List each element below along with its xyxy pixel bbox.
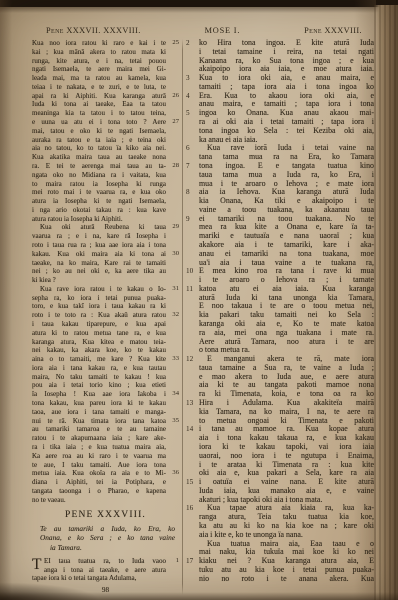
verse-text: katoa atu ei aia iaia. Kua karanga: [199, 285, 374, 294]
verse-text: akakore aia i te tamariki, kare i aka-: [199, 241, 374, 250]
verse-line: teiaa i te nakata, e te zuri, e te luta,…: [32, 83, 179, 92]
verse-line: 10 E mea kino roa ra tana i rave ki mua: [186, 267, 374, 276]
verse-text: Ka aere roa au ki raro i te vaarua ma: [32, 452, 166, 461]
verse-line: i te aroaro o Iehova ra ; i tamate: [186, 276, 374, 285]
verse-number: 2: [186, 39, 199, 48]
verse-number: [186, 373, 199, 382]
verse-number: [166, 566, 179, 575]
verse-line: aturā Iuda ki tana unonga kia Tamara,: [186, 294, 374, 303]
verse-number: 15: [186, 478, 199, 487]
verse-number: 12: [186, 355, 199, 364]
verse-line: i tetai tamaine i reira, na tetai ngati: [186, 48, 374, 57]
paragraph-line: EI taua tuatua ra, to Iuda vaoo 1: [32, 557, 179, 566]
verse-text: e uuna ua atu ei i tona toto ? Aere: [32, 118, 166, 127]
verse-number: [166, 399, 179, 408]
verse-line: 2 ko Hira tona ingoa. E kite aturā Iuda: [186, 39, 374, 48]
verse-text: aia ia Iehova. Kua karanga aturā Iuda: [199, 188, 374, 197]
verse-line: apai ra ki Aiphiti. Kua karanga aturā 26: [32, 92, 179, 101]
verse-line: aia i tona kakau takaua ra, e kua kakau: [186, 434, 374, 443]
verse-text: ua'i aia i taua vaine a te tuakana ra,: [199, 259, 374, 268]
verse-number: [186, 487, 199, 496]
verse-number: [186, 100, 199, 109]
verse-number: [166, 364, 179, 373]
verse-text: anau ei tamariki na tona tuakana, moe: [199, 250, 374, 259]
verse-line: meaninga kia ta tatou i to tatou teina,: [32, 109, 179, 118]
verse-text: Hira i Adulama. Kua akakiteïa mairā: [199, 399, 374, 408]
verse-line: metua iaia. Kua okoïa ra aia e to Mi- 36: [32, 469, 179, 478]
verse-text: metua iaia. Kua okoïa ra aia e to Mi-: [32, 469, 166, 478]
verse-text: aia ki te au tangata pakoti mamoe nona: [199, 381, 374, 390]
verse-text: ngata oko no Midiana ra i vaitata, kua: [32, 171, 166, 180]
verse-line: ra ki Timenata, koia, e tona oa ra ko: [186, 390, 374, 399]
verse-line: vaine a toou tuakana, ka akaanau taua: [186, 206, 374, 215]
verse-number: 34: [166, 390, 179, 399]
verse-number: [186, 320, 199, 329]
verse-line: e uuna ua atu ei i tona toto ? Aere 27: [32, 118, 179, 127]
verse-number: [166, 57, 179, 66]
verse-line: ratou i te akapumaana iaia ; kare ake-: [32, 434, 179, 443]
verse-text: i tetai tamaine i reira, na tetai ngati: [199, 48, 374, 57]
verse-text: Aere aturā Tamara, noo atura i te are: [199, 338, 374, 347]
verse-number: [166, 100, 179, 109]
verse-number: [166, 434, 179, 443]
verse-number: [166, 496, 179, 505]
verse-line: iora ki te kakau tapoki, vai iora iaia: [186, 443, 374, 452]
verse-line: nui te rā. Kua timata iora tana katoa 35: [32, 417, 179, 426]
verse-line: o tona metua ra.: [186, 346, 374, 355]
verse-text: nui te rā. Kua timata iora tana katoa: [32, 417, 166, 426]
verse-line: anau ei tamariki na tona tuakana, moe: [186, 250, 374, 259]
verse-number: 6: [186, 144, 199, 153]
verse-number: [186, 496, 199, 505]
verse-line: taeake, na ko maira, Kare rai te tamaiti: [32, 259, 179, 268]
verse-text: ka anau ei aia iaia.: [199, 136, 374, 145]
verse-text: i nga ario okotai takau ra : kua kave: [32, 206, 166, 215]
verse-number: [186, 548, 199, 557]
verse-number: [166, 574, 179, 583]
running-header: Pene XXXVII. XXXVIII. MOSE I. Pene XXXVI…: [32, 26, 374, 35]
column-divider-rule: [182, 39, 183, 595]
verse-text: kiaku nei ? Kua karanga atura aia, E: [199, 557, 374, 566]
header-book-title: MOSE I.: [141, 26, 304, 35]
verse-line: pou aia i tetai torio kino ; kua etieti: [32, 381, 179, 390]
paragraph-line: tapae iora ki o tetai tangata Adulama,: [32, 574, 179, 583]
verse-number: [186, 531, 199, 540]
summary-line: Onana, e ko Sera ; e ko tana vaine: [40, 533, 175, 542]
verse-number: 35: [166, 417, 179, 426]
page-left-edge-shadow: [0, 0, 12, 600]
verse-text: aia i tona kakau takaua ra, e kua kakau: [199, 434, 374, 443]
header-right-chapter: Pene XXXVIII.: [304, 26, 362, 35]
verse-text: kia Onana, Ka tiki e akaipoipo i te: [199, 197, 374, 206]
verse-line: ra. E tei te aerenga mai taua au ta- 28: [32, 162, 179, 171]
verse-text: taua tama mua a Iuda ra, ko Era, i: [199, 171, 374, 180]
verse-text: mei roto mai i te vaarua ra, e kua oko: [32, 188, 166, 197]
verse-line: aina o to tamaiti, me kare ? Kua kite 33: [32, 355, 179, 364]
summary-line: ia Tamara.: [40, 543, 175, 552]
verse-line: taua tamaine a Sua ra, te vaine a Iuda ;: [186, 364, 374, 373]
verse-line: ra ai oki aia i tetai tamaiti ; tapa ior…: [186, 118, 374, 127]
verse-number: [166, 180, 179, 189]
text-columns: Kua noo iora ratou ki raro e kai i te 25…: [32, 39, 374, 595]
verse-number: [186, 197, 199, 206]
verse-line: Iuda ki tona ai taeake, Eaa ta tatou: [32, 100, 179, 109]
verse-text: ra i tika iaia ; e kua tuatua maira aia,: [32, 443, 166, 452]
verse-number: [186, 206, 199, 215]
verse-number: [186, 408, 199, 417]
verse-number: [166, 83, 179, 92]
verse-number: [186, 83, 199, 92]
verse-text: nio no roto i te anana akera. Kua: [199, 575, 374, 584]
verse-line: nio no roto i te anana akera. Kua: [186, 575, 374, 584]
verse-line: to metua ongoai ki Timenata e pakoti: [186, 417, 374, 426]
verse-text: ingoa ko Onana. Kua anau akaou mai-: [199, 109, 374, 118]
verse-number: 30: [166, 250, 179, 259]
verse-line: akakore aia i te tamariki, kare i aka-: [186, 241, 374, 250]
verse-line: akaturi ; kua tapoki oki aia i tona mata…: [186, 496, 374, 505]
verse-line: atura ki to ratou metua tane ra, e kua: [32, 329, 179, 338]
verse-number: [166, 136, 179, 145]
verse-number: 9: [186, 215, 199, 224]
verse-text: tamaiti ; tapa iora aia i tona ingoa ko: [199, 83, 374, 92]
verse-text: te aue, I taku tamaiti. Aue iora tona: [32, 461, 166, 470]
verse-text: Iuda iaia, kua manako aia e, e vaine: [199, 487, 374, 496]
verse-text: karanga atura, Kua kitea e matou teia-: [32, 338, 166, 347]
verse-text: Kua tuatua maira aia, Eaa taau e o: [199, 540, 374, 549]
verse-text: ki kiea ?: [32, 276, 166, 285]
verse-text: ra aia, mei ona nga tuakana i mate ra.: [199, 329, 374, 338]
verse-text: aia no tatou, ko to tatou ïa kiko aia ne…: [32, 144, 166, 153]
verse-number: [186, 434, 199, 443]
verse-text: roto i taua rua ra ; kua aae iora aia i …: [32, 241, 166, 250]
verse-number: [186, 57, 199, 66]
verse-line: leada mai, ma ta ratou au kamela, kua: [32, 74, 179, 83]
verse-line: karanga oki aia e, Ko te mate katoa: [186, 320, 374, 329]
drop-cap: T: [32, 557, 41, 573]
verse-number: [166, 144, 179, 153]
verse-number: [166, 452, 179, 461]
verse-line: roto i te toto ra : Kua akaū atura ratou…: [32, 311, 179, 320]
verse-number: [186, 259, 199, 268]
verse-text: E noo takaua i te are o toou metua nei,: [199, 302, 374, 311]
verse-text: apai ra ki Aiphiti. Kua karanga aturā: [32, 92, 166, 101]
verse-number: [186, 250, 199, 259]
verse-line: aia ki te au tangata pakoti mamoe nona: [186, 381, 374, 390]
verse-number: [166, 320, 179, 329]
verse-number: 28: [166, 162, 179, 171]
verse-text: atura ratou ia Iosepha ki Aiphiti.: [32, 215, 166, 224]
verse-line: au tamariki tamaroa e te au tamaine: [32, 425, 179, 434]
verse-number: 33: [166, 355, 179, 364]
verse-text: pou aia i tetai torio kino ; kua etieti: [32, 381, 166, 390]
verse-line: kia Tamara, na ko maira, I na, te aere r…: [186, 408, 374, 417]
verse-text: to metua ongoai ki Timenata e pakoti: [199, 417, 374, 426]
verse-line: ka anau ei aia iaia.: [186, 136, 374, 145]
verse-text: runga, kite atura, e i na, tetai pouou: [32, 57, 166, 66]
verse-number: [186, 390, 199, 399]
verse-text: nei ; ko au nei oki e, ka aere tika au: [32, 267, 166, 276]
verse-line: atura ia Iosepha ki te ngati Isemaela,: [32, 197, 179, 206]
verse-text: i tana au mamoe ra. Kua kopae atura: [199, 425, 374, 434]
verse-text: Kua to iora oki aia, e anau maira, e: [199, 74, 374, 83]
verse-line: to maira ratou ia Iosepha ki runga: [32, 180, 179, 189]
verse-line: i nga ario okotai takau ra : kua kave: [32, 206, 179, 215]
verse-number: [166, 461, 179, 470]
verse-text: iora aia i tana kakau ra, e kua tautau: [32, 364, 166, 373]
verse-line: Kanaana ra, ko Sua tona ingoa ; e kua: [186, 57, 374, 66]
verse-number: 16: [186, 504, 199, 513]
verse-line: 3 Kua to iora oki aia, e anau maira, e: [186, 74, 374, 83]
verse-number: [166, 241, 179, 250]
verse-line: diana i Aiphiti, tei ia Potiphara, e: [32, 478, 179, 487]
verse-text: tangata taoonga i o Pharao, e kapena: [32, 487, 166, 496]
verse-line: 15 i oatuïa ei vaine nana. E kite aturā: [186, 478, 374, 487]
verse-line: ngata oko no Midiana ra i vaitata, kua: [32, 171, 179, 180]
verse-number: [186, 329, 199, 338]
verse-text: to maira ratou ia Iosepha ki runga: [32, 180, 166, 189]
verse-line: 16 Kua tapae atura aia kiaia ra, kua ka-: [186, 504, 374, 513]
verse-text: ei tamariki na toou tuakana. No te: [199, 215, 374, 224]
verse-text: mea ra kua kite a Onana e, kare ïa ta-: [199, 223, 374, 232]
left-column-verses: Kua noo iora ratou ki raro e kai i te 25…: [32, 39, 179, 504]
verse-text: sepha ra, ko iora i tetai punua puaka-: [32, 294, 166, 303]
verse-text: teiaa i te nakata, e te zuri, e te luta,…: [32, 83, 166, 92]
verse-text: aturā Iuda ki tana unonga kia Tamara,: [199, 294, 374, 303]
verse-text: i te aroaro o Iehova ra ; i tamate: [199, 276, 374, 285]
verse-number: [166, 478, 179, 487]
verse-line: sepha ra, ko iora i tetai punua puaka-: [32, 294, 179, 303]
verse-line: mariki e tautuaïa e nana uaoraï ; kua: [186, 232, 374, 241]
verse-text: o tona metua ra.: [199, 346, 374, 355]
verse-number: [166, 153, 179, 162]
verse-text: aina o to tamaiti, me kare ? Kua kite: [32, 355, 166, 364]
verse-number: [166, 338, 179, 347]
verse-line: te aue, I taku tamaiti. Aue iora tona: [32, 461, 179, 470]
verse-number: [186, 452, 199, 461]
verse-line: anau maira, e tamaiti ; tapa iora i tona: [186, 100, 374, 109]
verse-number: [186, 566, 199, 575]
verse-number: 32: [166, 311, 179, 320]
verse-text: nei kakau, ka akara koe, ko te kakau: [32, 346, 166, 355]
verse-text: Kanaana ra, ko Sua tona ingoa ; e kua: [199, 57, 374, 66]
verse-number: [166, 443, 179, 452]
verse-number: 25: [166, 39, 179, 48]
verse-number: [166, 197, 179, 206]
verse-number: [186, 294, 199, 303]
header-left-chapters: Pene XXXVII. XXXVIII.: [46, 26, 141, 35]
verse-number: [186, 302, 199, 311]
verse-number: 5: [186, 109, 199, 118]
verse-text: Kua rave iora ratou i te kakau o Io-: [32, 285, 166, 294]
verse-number: [166, 74, 179, 83]
verse-number: [186, 364, 199, 373]
page-content: Pene XXXVII. XXXVIII. MOSE I. Pene XXXVI…: [32, 26, 374, 595]
verse-text: vaine a toou tuakana, ka akaanau taua: [199, 206, 374, 215]
verse-line: no te vaeau.: [32, 496, 179, 505]
verse-line: Ka aere roa au ki raro i te vaarua ma: [32, 452, 179, 461]
chapter-heading: PENE XXXVIII.: [32, 511, 179, 520]
verse-number: [186, 461, 199, 470]
verse-text: anau maira, e tamaiti ; tapa iora i tona: [199, 100, 374, 109]
verse-text: oki aia e, kua pakari a Sela, kare ra ai…: [199, 469, 374, 478]
verse-text: E manganui akera te rā, mate iora: [199, 355, 374, 364]
verse-text: mai naku, kia tukuïa mai koe ki ko nei: [199, 548, 374, 557]
verse-number: [166, 294, 179, 303]
verse-number: 4: [186, 92, 199, 101]
verse-line: vaarua ra ; e i na, kare rā Iosepha i: [32, 232, 179, 241]
verse-number: [166, 48, 179, 57]
verse-number: [186, 136, 199, 145]
verse-text: taeake, na ko maira, Kare rai te tamaiti: [32, 259, 166, 268]
verse-number: [166, 329, 179, 338]
verse-text: i oatuïa ei vaine nana. E kite aturā: [199, 478, 374, 487]
verse-number: 29: [166, 223, 179, 232]
verse-number: 11: [186, 285, 199, 294]
verse-line: i taua kakau tiparepure, e kua apai: [32, 320, 179, 329]
verse-line: ra aia, mei ona nga tuakana i mate ra.: [186, 329, 374, 338]
verse-text: au tamariki tamaroa e te au tamaine: [32, 425, 166, 434]
verse-number: 14: [186, 425, 199, 434]
verse-number: [166, 267, 179, 276]
verse-number: 27: [166, 118, 179, 127]
verse-text: tapae iora ki o tetai tangata Adulama,: [32, 574, 166, 583]
verse-number: 8: [186, 188, 199, 197]
verse-line: 17 kiaku nei ? Kua karanga atura aia, E: [186, 557, 374, 566]
verse-line: 7 tona ingoa. E e tangata tuatua kino: [186, 162, 374, 171]
verse-text: mariki e tautuaïa e nana uaoraï ; kua: [199, 232, 374, 241]
verse-text: maira, No taku tamaiti te kakau ! kua: [32, 373, 166, 382]
verse-number: [186, 118, 199, 127]
verse-line: mua i te aroaro o Iehova ; e mate iora: [186, 180, 374, 189]
verse-number: 10: [186, 267, 199, 276]
verse-line: Kua akatika maira taua au taeake nona: [32, 153, 179, 162]
verse-line: E noo takaua i te are o toou metua nei,: [186, 302, 374, 311]
verse-number: [166, 408, 179, 417]
verse-line: tana tama mua ra na Era, ko Tamara: [186, 153, 374, 162]
verse-line: ngati Isemaela, te aere maira mei Gi-: [32, 65, 179, 74]
verse-number: [186, 48, 199, 57]
verse-line: Kua tuatua maira aia, Eaa taau e o: [186, 540, 374, 549]
verse-number: [166, 206, 179, 215]
verse-text: Iuda ki tona ai taeake, Eaa ta tatou: [32, 100, 166, 109]
verse-number: [186, 223, 199, 232]
verse-number: [186, 346, 199, 355]
verse-number: [186, 575, 199, 584]
verse-line: tona ingoa ko Sela : tei Keziba oki aia,: [186, 127, 374, 136]
verse-line: ua'i aia i taua vaine a te tuakana ra,: [186, 259, 374, 268]
verse-line: toro, e kua takĭ iora i taua kakau ra ki: [32, 302, 179, 311]
verse-line: uaorai, noo iora i te ngutupa i Enaima,: [186, 452, 374, 461]
verse-number: [186, 469, 199, 478]
verse-line: nei ; ko au nei oki e, ka aere tika au: [32, 267, 179, 276]
verse-text: aia i kite e, ko te unonga ïa nana.: [199, 531, 374, 540]
verse-text: kia pakari taku tamaiti nei ko Sela :: [199, 311, 374, 320]
verse-number: [186, 443, 199, 452]
verse-number: 1: [166, 557, 179, 566]
verse-number: 3: [186, 74, 199, 83]
page-stack-edge: [374, 5, 398, 600]
verse-text: Kua oki aturā Reubena ki taua: [32, 223, 166, 232]
verse-line: 8 aia ia Iehova. Kua karanga aturā Iuda: [186, 188, 374, 197]
verse-line: mei roto mai i te vaarua ra, e kua oko: [32, 188, 179, 197]
verse-number: 36: [166, 469, 179, 478]
verse-text: ratou i te akapumaana iaia ; kare ake-: [32, 434, 166, 443]
verse-line: ra i tika iaia ; e kua tuatua maira aia,: [32, 443, 179, 452]
verse-line: aia no tatou, ko to tatou ïa kiko aia ne…: [32, 144, 179, 153]
verse-line: kia Onana, Ka tiki e akaipoipo i te: [186, 197, 374, 206]
book-page-photo: Pene XXXVII. XXXVIII. MOSE I. Pene XXXVI…: [0, 0, 398, 600]
verse-number: [186, 65, 199, 74]
verse-number: [186, 417, 199, 426]
verse-text: anga i tona ai taeake, e aere atura: [32, 566, 166, 575]
verse-number: [186, 241, 199, 250]
verse-line: aia i kite e, ko te unonga ïa nana.: [186, 531, 374, 540]
verse-number: [166, 171, 179, 180]
verse-line: kia pakari taku tamaiti nei ko Sela :: [186, 311, 374, 320]
verse-line: e mao akera to Iuda aue, e aere atura: [186, 373, 374, 382]
verse-number: [166, 302, 179, 311]
page-top-fade: [0, 7, 398, 13]
verse-number: [186, 232, 199, 241]
verse-line: kai ; kua mānā akera to ratou mata ki: [32, 48, 179, 57]
verse-line: ïa Iosepha ! Kua aae iora Iakoba i 34: [32, 390, 179, 399]
verse-line: taua tama mua a Iuda ra, ko Era, i: [186, 171, 374, 180]
verse-text: Kua noo iora ratou ki raro e kai i te: [32, 39, 166, 48]
verse-text: vaarua ra ; e i na, kare rā Iosepha i: [32, 232, 166, 241]
verse-line: ki kiea ?: [32, 276, 179, 285]
verse-text: tana tama mua ra na Era, ko Tamara: [199, 153, 374, 162]
verse-number: [166, 232, 179, 241]
verse-text: no te vaeau.: [32, 496, 166, 505]
opening-paragraph: T EI taua tuatua ra, to Iuda vaoo 1 anga…: [32, 557, 179, 583]
verse-line: auraka ra tatou e ta iaia ; e teina oki: [32, 136, 179, 145]
verse-text: mua i te aroaro o Iehova ; e mate iora: [199, 180, 374, 189]
verse-number: [166, 109, 179, 118]
verse-line: 4 Era. Kua to akaou iora oki aia, e: [186, 92, 374, 101]
verse-text: E mea kino roa ra tana i rave ki mua: [199, 267, 374, 276]
verse-text: Era. Kua to akaou iora oki aia, e: [199, 92, 374, 101]
verse-line: Kua noo iora ratou ki raro e kai i te 25: [32, 39, 179, 48]
verse-number: [186, 540, 199, 549]
chapter-summary: Te au tamariki a Iuda, ko Era, ko Onana,…: [40, 524, 175, 552]
verse-line: ranga atura, Teia taku tuatua kia koe,: [186, 513, 374, 522]
paragraph-line: anga i tona ai taeake, e aere atura: [32, 566, 179, 575]
verse-line: 14 i tana au mamoe ra. Kua kopae atura: [186, 425, 374, 434]
verse-text: e mao akera to Iuda aue, e aere atura: [199, 373, 374, 382]
verse-text: meaninga kia ta tatou i to tatou teina,: [32, 109, 166, 118]
verse-text: kia Tamara, na ko maira, I na, te aere r…: [199, 408, 374, 417]
verse-line: Aere aturā Tamara, noo atura i te are: [186, 338, 374, 347]
verse-text: tona ingoa. E e tangata tuatua kino: [199, 162, 374, 171]
verse-number: 31: [166, 285, 179, 294]
verse-text: Kua tapae atura aia kiaia ra, kua ka-: [199, 504, 374, 513]
verse-text: karanga oki aia e, Ko te mate katoa: [199, 320, 374, 329]
verse-text: kai ; kua mānā akera to ratou mata ki: [32, 48, 166, 57]
verse-text: mai, tatou e oko ki te ngati Isemaela,: [32, 127, 166, 136]
verse-number: [186, 338, 199, 347]
verse-number: [186, 311, 199, 320]
verse-text: taua tamaine a Sua ra, te vaine a Iuda ;: [199, 364, 374, 373]
verse-number: [186, 153, 199, 162]
verse-text: ra. E tei te aerenga mai taua au ta-: [32, 162, 166, 171]
verse-number: 17: [186, 557, 199, 566]
verse-line: ka atu au ki ko na kia koe na ; kare oki: [186, 522, 374, 531]
verse-line: karanga atura, Kua kitea e matou teia-: [32, 338, 179, 347]
verse-line: atura ratou ia Iosepha ki Aiphiti.: [32, 215, 179, 224]
verse-number: [166, 373, 179, 382]
verse-line: maira, No taku tamaiti te kakau ! kua: [32, 373, 179, 382]
verse-text: kakau. Kua oki maira aia ki tona ai: [32, 250, 166, 259]
